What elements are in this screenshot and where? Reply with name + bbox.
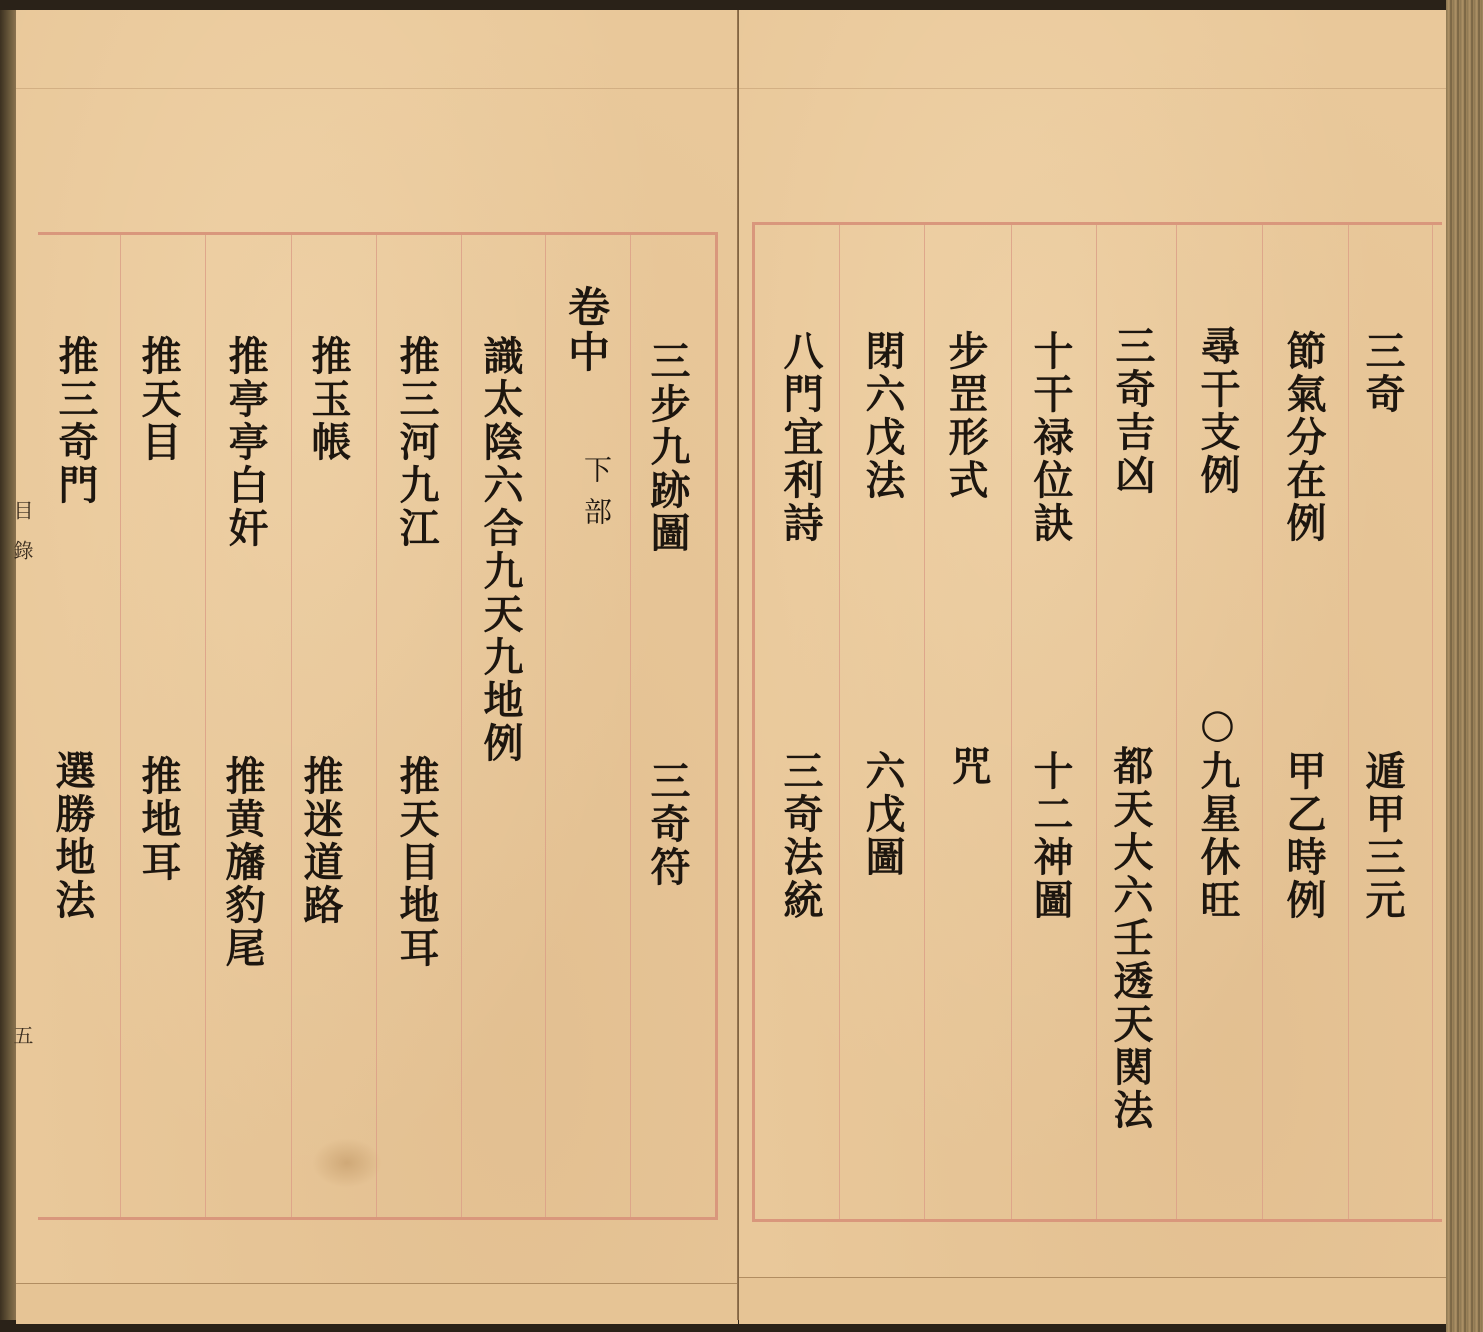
volume-heading: 卷中 — [565, 285, 607, 375]
page-number: 五 — [12, 1025, 32, 1065]
book-spread: 目錄 五 三步九跡圖 三奇符 卷中 下部 識太陰六合九天九地例 推三河九江 推天… — [0, 0, 1483, 1332]
toc-entry: 識太陰六合九天九地例 — [480, 335, 520, 765]
margin-label: 目錄 — [12, 500, 32, 580]
column-rule — [205, 235, 206, 1217]
toc-entry: 推黄旛豹尾 — [222, 755, 262, 970]
column-rule — [1262, 225, 1263, 1219]
toc-entry: 推迷道路 — [300, 755, 340, 927]
toc-entry: 推玉帳 — [308, 335, 348, 464]
column-rule — [120, 235, 121, 1217]
toc-entry: ○九星休旺 — [1197, 700, 1237, 922]
left-page-top-fold — [16, 10, 738, 89]
page-stack-edge — [1446, 0, 1483, 1332]
column-rule — [839, 225, 840, 1219]
column-rule — [1176, 225, 1177, 1219]
column-rule — [630, 235, 631, 1217]
toc-entry: 推天目 — [138, 335, 178, 464]
toc-entry: 節氣分在例 — [1283, 330, 1323, 545]
toc-entry: 八門宜利詩 — [780, 330, 820, 545]
column-rule — [924, 225, 925, 1219]
toc-entry: 選勝地法 — [52, 750, 92, 922]
right-page-ruled-frame — [752, 222, 1442, 1222]
toc-entry: 十干禄位訣 — [1030, 330, 1070, 545]
toc-entry: 閉六戊法 — [862, 330, 902, 502]
toc-entry: 遁甲三元 — [1362, 750, 1402, 922]
column-rule — [461, 235, 462, 1217]
toc-entry: 三奇符 — [647, 760, 687, 889]
toc-entry: 咒 — [948, 745, 988, 788]
column-rule — [291, 235, 292, 1217]
toc-entry: 推天目地耳 — [396, 755, 436, 970]
column-rule — [1348, 225, 1349, 1219]
toc-entry: 推亭亭白奸 — [225, 335, 265, 550]
toc-entry: 三奇法統 — [780, 750, 820, 922]
section-heading: 三奇 — [1362, 330, 1402, 416]
toc-entry: 推三河九江 — [396, 335, 436, 550]
left-spine-edge — [0, 10, 16, 1320]
toc-entry: 甲乙時例 — [1283, 750, 1323, 922]
left-page-bottom-fold — [16, 1283, 738, 1324]
paper-stain — [312, 1138, 382, 1188]
toc-entry: 都天大六壬透天関法 — [1110, 745, 1150, 1132]
toc-entry: 推三奇門 — [55, 335, 95, 507]
toc-entry: 推地耳 — [138, 755, 178, 884]
column-rule — [1011, 225, 1012, 1219]
right-page-top-fold — [739, 10, 1446, 89]
toc-entry: 步罡形式 — [945, 330, 985, 502]
column-rule — [1096, 225, 1097, 1219]
volume-subheading: 下部 — [582, 455, 610, 539]
toc-entry: 十二神圖 — [1030, 750, 1070, 922]
right-page-bottom-fold — [739, 1277, 1446, 1324]
toc-entry: 六戊圖 — [862, 750, 902, 879]
toc-entry: 三步九跡圖 — [647, 340, 687, 555]
column-rule — [545, 235, 546, 1217]
toc-entry: 三奇吉凶 — [1112, 325, 1152, 497]
toc-entry: 尋干支例 — [1197, 325, 1237, 497]
column-rule — [376, 235, 377, 1217]
column-rule — [1432, 225, 1433, 1219]
